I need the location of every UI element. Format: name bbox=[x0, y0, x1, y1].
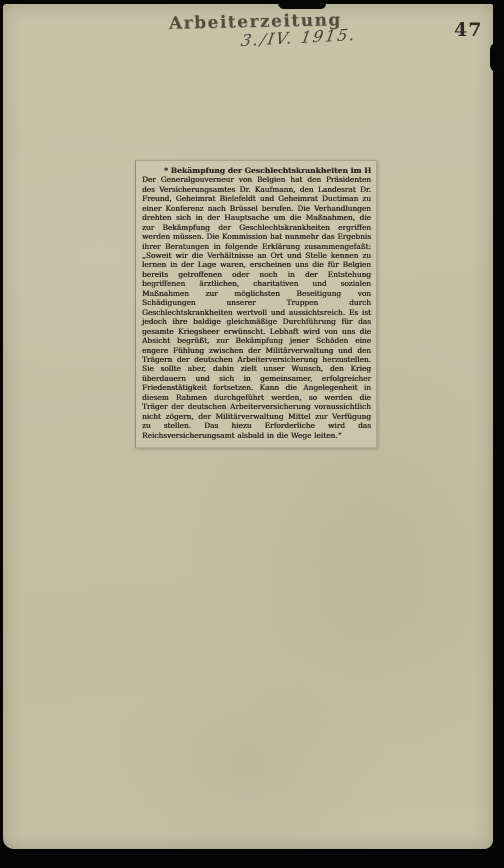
scan-edge-notch bbox=[278, 0, 326, 9]
clipping-headline: * Bekämpfung der Geschlechtskrankheiten … bbox=[142, 166, 371, 175]
scanned-album-page: Arbeiterzeitung 3./IV. 1915. 47 * Bekämp… bbox=[0, 0, 504, 868]
album-paper: Arbeiterzeitung 3./IV. 1915. 47 * Bekämp… bbox=[3, 4, 493, 849]
newspaper-clipping: * Bekämpfung der Geschlechtskrankheiten … bbox=[135, 160, 377, 448]
scan-edge-bump bbox=[490, 42, 504, 74]
clipping-body-text: Der Generalgouverneur von Belgien hat de… bbox=[142, 175, 371, 440]
page-number: 47 bbox=[454, 19, 482, 41]
